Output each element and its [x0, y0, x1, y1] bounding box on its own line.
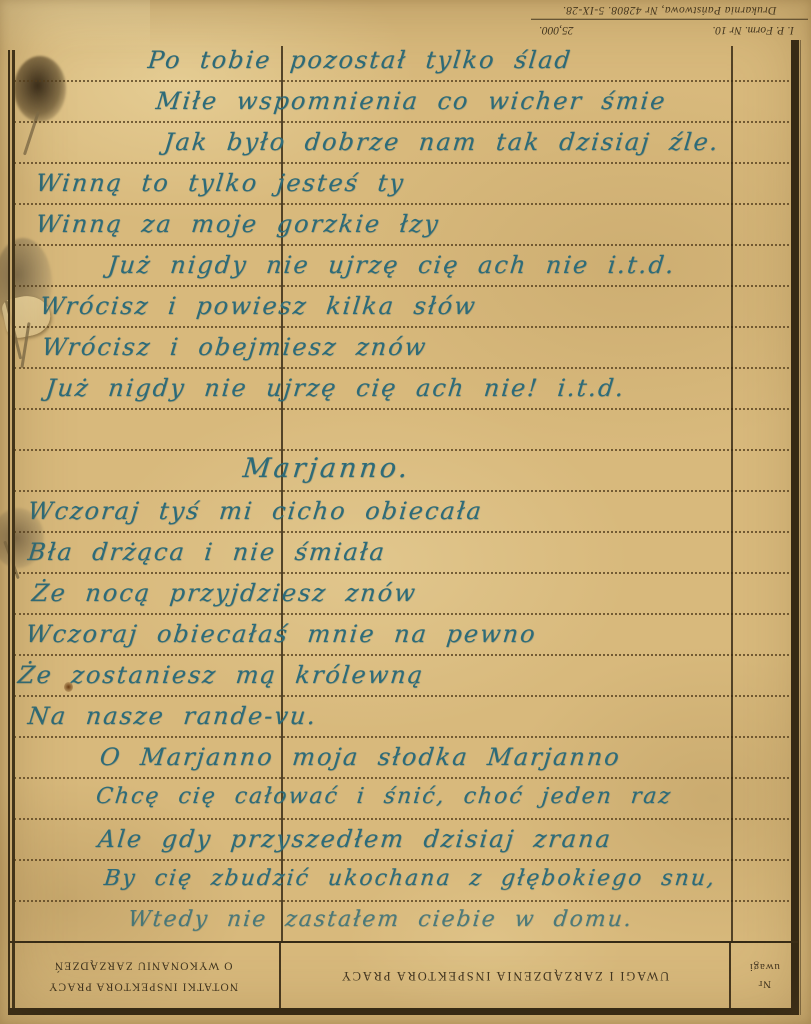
handwritten-line: Wczoraj tyś mi cicho obiecała: [27, 499, 484, 523]
ruled-dotted-line: [14, 695, 793, 697]
imprint-copies: 25,000.: [539, 22, 574, 36]
handwritten-line: Ale gdy przyszedłem dzisiaj zrana: [97, 827, 613, 851]
ruled-dotted-line: [14, 203, 793, 205]
column-rule-right: [731, 46, 733, 943]
handwritten-line: Winną za moje gorzkie łzy: [35, 212, 441, 236]
handwritten-line: Winną to tylko jesteś ty: [35, 171, 406, 195]
handwritten-line: Wczoraj obiecałaś mnie na pewno: [25, 622, 538, 646]
handwritten-line: Że nocą przyjdziesz znów: [31, 581, 418, 605]
handwritten-line: Że zostaniesz mą królewną: [17, 663, 426, 687]
handwritten-line: Wrócisz i powiesz kilka słów: [39, 294, 478, 318]
handwritten-line: Jak było dobrze nam tak dzisiaj źle.: [163, 130, 721, 154]
notes-col-title-line1: NOTATKI INSPEKTORA PRACY: [48, 976, 238, 997]
handwritten-line: Miłe wspomnienia co wicher śmie: [155, 89, 668, 113]
page-border-right: [791, 40, 799, 1015]
ruled-dotted-line: [14, 285, 793, 287]
imprint-divider: [531, 18, 808, 19]
handwritten-heading: Marjanno.: [242, 455, 412, 482]
ruled-dotted-line: [14, 654, 793, 656]
scanned-notebook-page: I. P. Form. Nr 10. 25,000. Drukarnia Pań…: [0, 0, 811, 1024]
imprint-form-number: I. P. Form. Nr 10.: [712, 22, 794, 36]
nr-col-title-line2: uwagi: [749, 959, 780, 976]
nr-col-title-line1: Nr: [749, 976, 780, 993]
imprint-printer-line: Drukarnia Państwowa, Nr 42808. 5-IX-28.: [531, 2, 808, 16]
remarks-col-title: UWAGI I ZARZĄDZENIA INSPEKTORA PRACY: [340, 968, 669, 983]
ruled-dotted-line: [14, 408, 793, 410]
page-border-left: [8, 50, 15, 1015]
ruled-dotted-line: [14, 80, 793, 82]
printer-imprint-upside-down: I. P. Form. Nr 10. 25,000. Drukarnia Pań…: [531, 2, 808, 38]
ruled-dotted-line: [14, 613, 793, 615]
page-border-bottom: [8, 1008, 799, 1015]
handwritten-line: Już nigdy nie ujrzę cię ach nie! i.t.d.: [45, 376, 627, 400]
ruled-dotted-line: [14, 490, 793, 492]
ruled-dotted-line: [14, 777, 793, 779]
ruled-dotted-line: [14, 449, 793, 451]
ruled-dotted-line: [14, 859, 793, 861]
handwritten-line: Po tobie pozostał tylko ślad: [147, 48, 573, 72]
footer-cell-notes: NOTATKI INSPEKTORA PRACY O WYKONANIU ZAR…: [8, 943, 281, 1008]
handwritten-line: Już nigdy nie ujrzę cię ach nie i.t.d.: [107, 253, 677, 277]
handwritten-line: Chcę cię całować i śnić, choć jeden raz: [95, 786, 673, 808]
ruled-dotted-line: [14, 367, 793, 369]
ruled-dotted-line: [14, 818, 793, 820]
ruled-dotted-line: [14, 531, 793, 533]
ruled-dotted-line: [14, 572, 793, 574]
ruled-dotted-line: [14, 121, 793, 123]
ruled-dotted-line: [14, 244, 793, 246]
ruled-dotted-line: [14, 326, 793, 328]
footer-cell-remarks: UWAGI I ZARZĄDZENIA INSPEKTORA PRACY: [281, 943, 731, 1008]
handwritten-line: Bła drżąca i nie śmiała: [27, 540, 387, 564]
handwritten-line: Wrócisz i obejmiesz znów: [41, 335, 429, 359]
binding-thread-tuft: [14, 56, 66, 122]
ruled-dotted-line: [14, 900, 793, 902]
ruled-dotted-line: [14, 162, 793, 164]
handwritten-line: Wtedy nie zastałem ciebie w domu.: [127, 909, 634, 931]
ruled-dotted-line: [14, 736, 793, 738]
footer-cell-number: Nr uwagi: [731, 943, 798, 1008]
handwritten-line: By cię zbudzić ukochana z głębokiego snu…: [103, 868, 717, 890]
handwritten-line: Na nasze rande-vu.: [27, 704, 319, 728]
torn-corner: [0, 0, 150, 52]
notes-col-title-line2: O WYKONANIU ZARZĄDZEŃ: [48, 955, 238, 976]
form-header-row-upside-down: NOTATKI INSPEKTORA PRACY O WYKONANIU ZAR…: [8, 941, 798, 1008]
handwritten-line: O Marjanno moja słodka Marjanno: [99, 745, 622, 769]
